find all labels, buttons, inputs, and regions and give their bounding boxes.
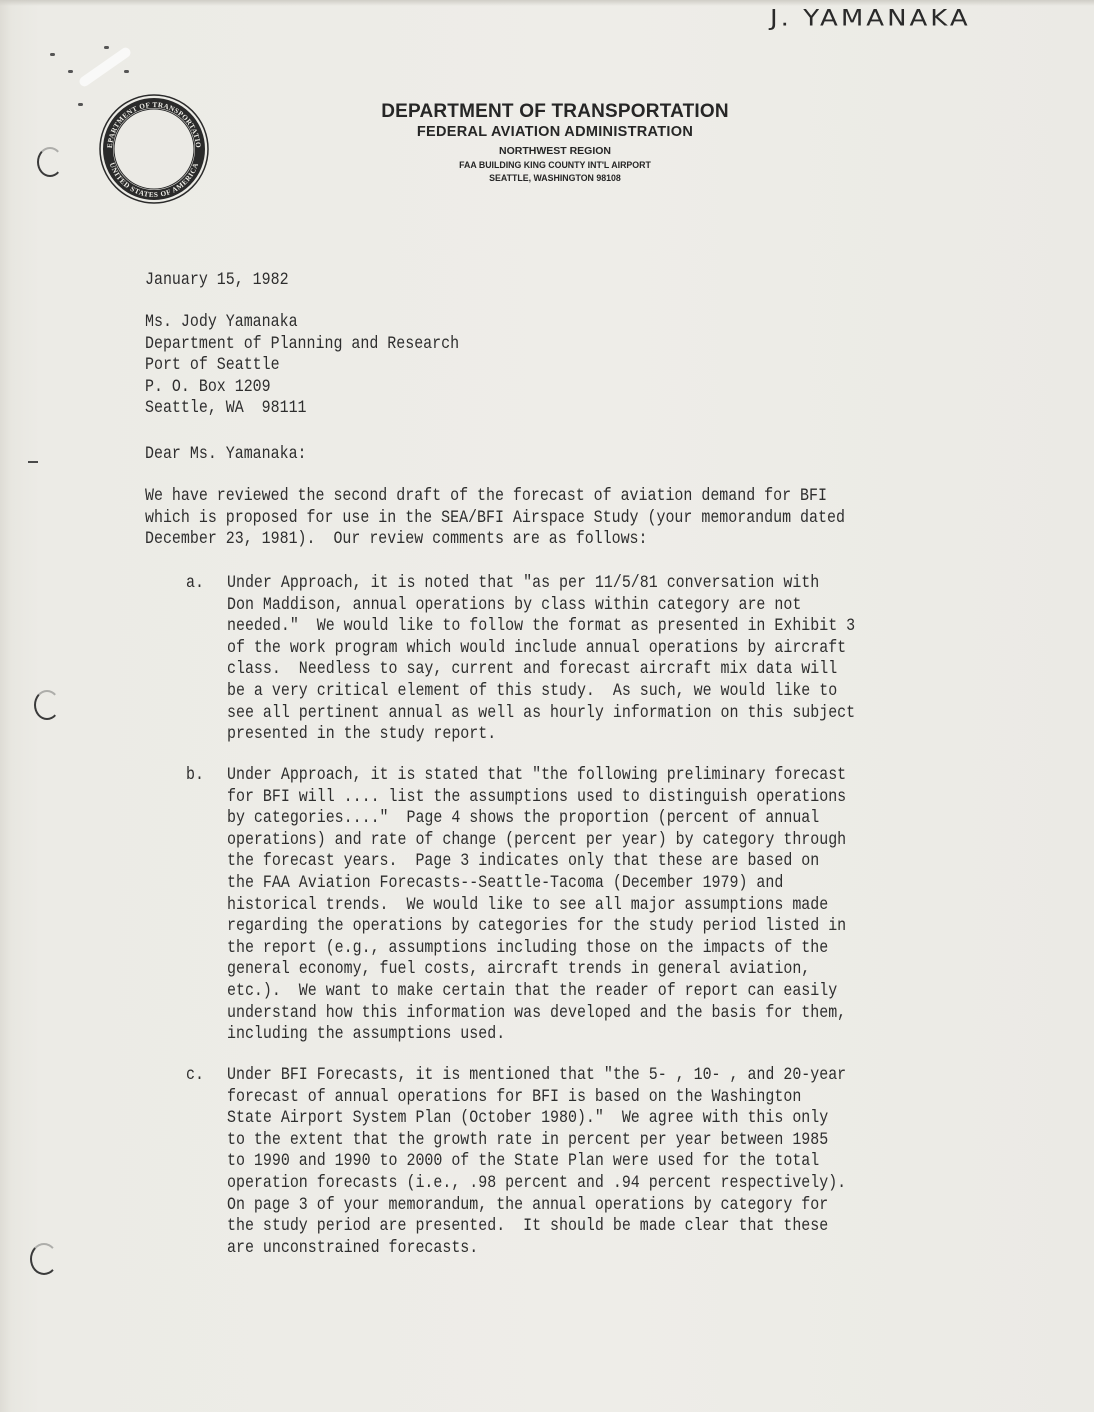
margin-dash	[28, 461, 38, 463]
speck-mark	[68, 70, 73, 73]
tape-mark	[78, 46, 133, 89]
recipient-city: Seattle, WA 98111	[145, 398, 459, 420]
punch-hole-mark	[37, 147, 63, 177]
letterhead-building: FAA BUILDING KING COUNTY INT'L AIRPORT	[330, 159, 780, 172]
dot-seal-icon: DEPARTMENT OF TRANSPORTATION UNITED STAT…	[98, 93, 210, 205]
punch-hole-mark	[34, 690, 60, 720]
speck-mark	[50, 53, 55, 56]
recipient-department: Department of Planning and Research	[145, 334, 459, 356]
letterhead-department: DEPARTMENT OF TRANSPORTATION	[330, 100, 780, 123]
recipient-organization: Port of Seattle	[145, 355, 459, 377]
salutation: Dear Ms. Yamanaka:	[145, 444, 307, 466]
speck-mark	[104, 46, 109, 49]
letterhead-agency: FEDERAL AVIATION ADMINISTRATION	[330, 123, 780, 142]
item-marker: b.	[186, 765, 204, 787]
speck-mark	[124, 70, 129, 73]
item-marker: c.	[186, 1065, 204, 1087]
punch-hole-mark	[30, 1243, 58, 1275]
handwritten-annotation: J. YAMANAKA	[770, 6, 971, 32]
item-text: Under Approach, it is noted that "as per…	[227, 573, 855, 746]
recipient-po-box: P. O. Box 1209	[145, 377, 459, 399]
item-text: Under BFI Forecasts, it is mentioned tha…	[227, 1065, 846, 1259]
item-text: Under Approach, it is stated that "the f…	[227, 765, 846, 1046]
speck-mark	[78, 103, 83, 106]
recipient-address: Ms. Jody YamanakaDepartment of Planning …	[145, 312, 459, 420]
recipient-name: Ms. Jody Yamanaka	[145, 312, 459, 334]
item-marker: a.	[186, 573, 204, 595]
letterhead: DEPARTMENT OF TRANSPORTATION FEDERAL AVI…	[330, 100, 780, 185]
letter-page: J. YAMANAKA DEPARTMENT OF TRANSPORTATION…	[0, 0, 1094, 1412]
letter-date: January 15, 1982	[145, 270, 289, 292]
letterhead-region: NORTHWEST REGION	[330, 144, 780, 159]
intro-paragraph: We have reviewed the second draft of the…	[145, 486, 845, 551]
letterhead-city: SEATTLE, WASHINGTON 98108	[330, 172, 780, 185]
